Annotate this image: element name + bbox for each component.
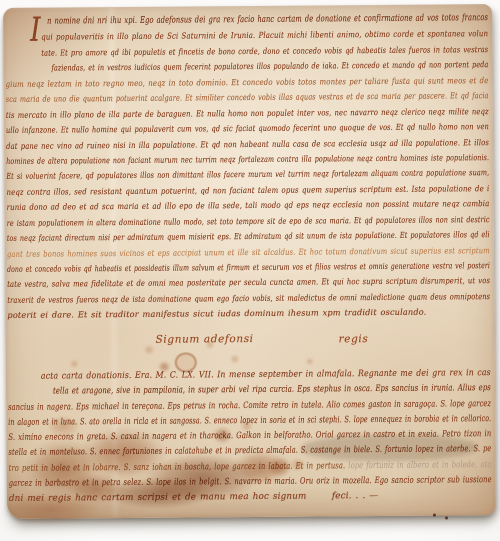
dating-line: dni mei regis hanc cartam scripsi et de … [9, 488, 492, 507]
ink-dot [445, 516, 448, 519]
signum-regis-text: regis [339, 333, 369, 345]
ink-layer: I n nomine dni nri ihu xpi. Ego adefonsu… [3, 4, 496, 519]
charter-dating-clause: acta carta donationis. Era. M. C. LX. VI… [8, 366, 492, 507]
closing-feci-text: feci. . . — [332, 489, 379, 505]
parchment-charter: I n nomine dni nri ihu xpi. Ego adefonsu… [3, 4, 496, 519]
photo-frame: I n nomine dni nri ihu xpi. Ego adefonsu… [0, 0, 500, 541]
faded-smudged-text: lope fortuniz in albero et in bolede, at… [348, 460, 491, 471]
dating-line-text: tro petit in bolea et in lobarre. S. san… [9, 461, 346, 474]
signum-adefonsi-text: Signum adefonsi [156, 333, 254, 346]
signum-row: Signum adefonsi regis [8, 331, 491, 355]
charter-main-text: n nomine dni nri ihu xpi. Ego adefonsus … [5, 11, 490, 324]
